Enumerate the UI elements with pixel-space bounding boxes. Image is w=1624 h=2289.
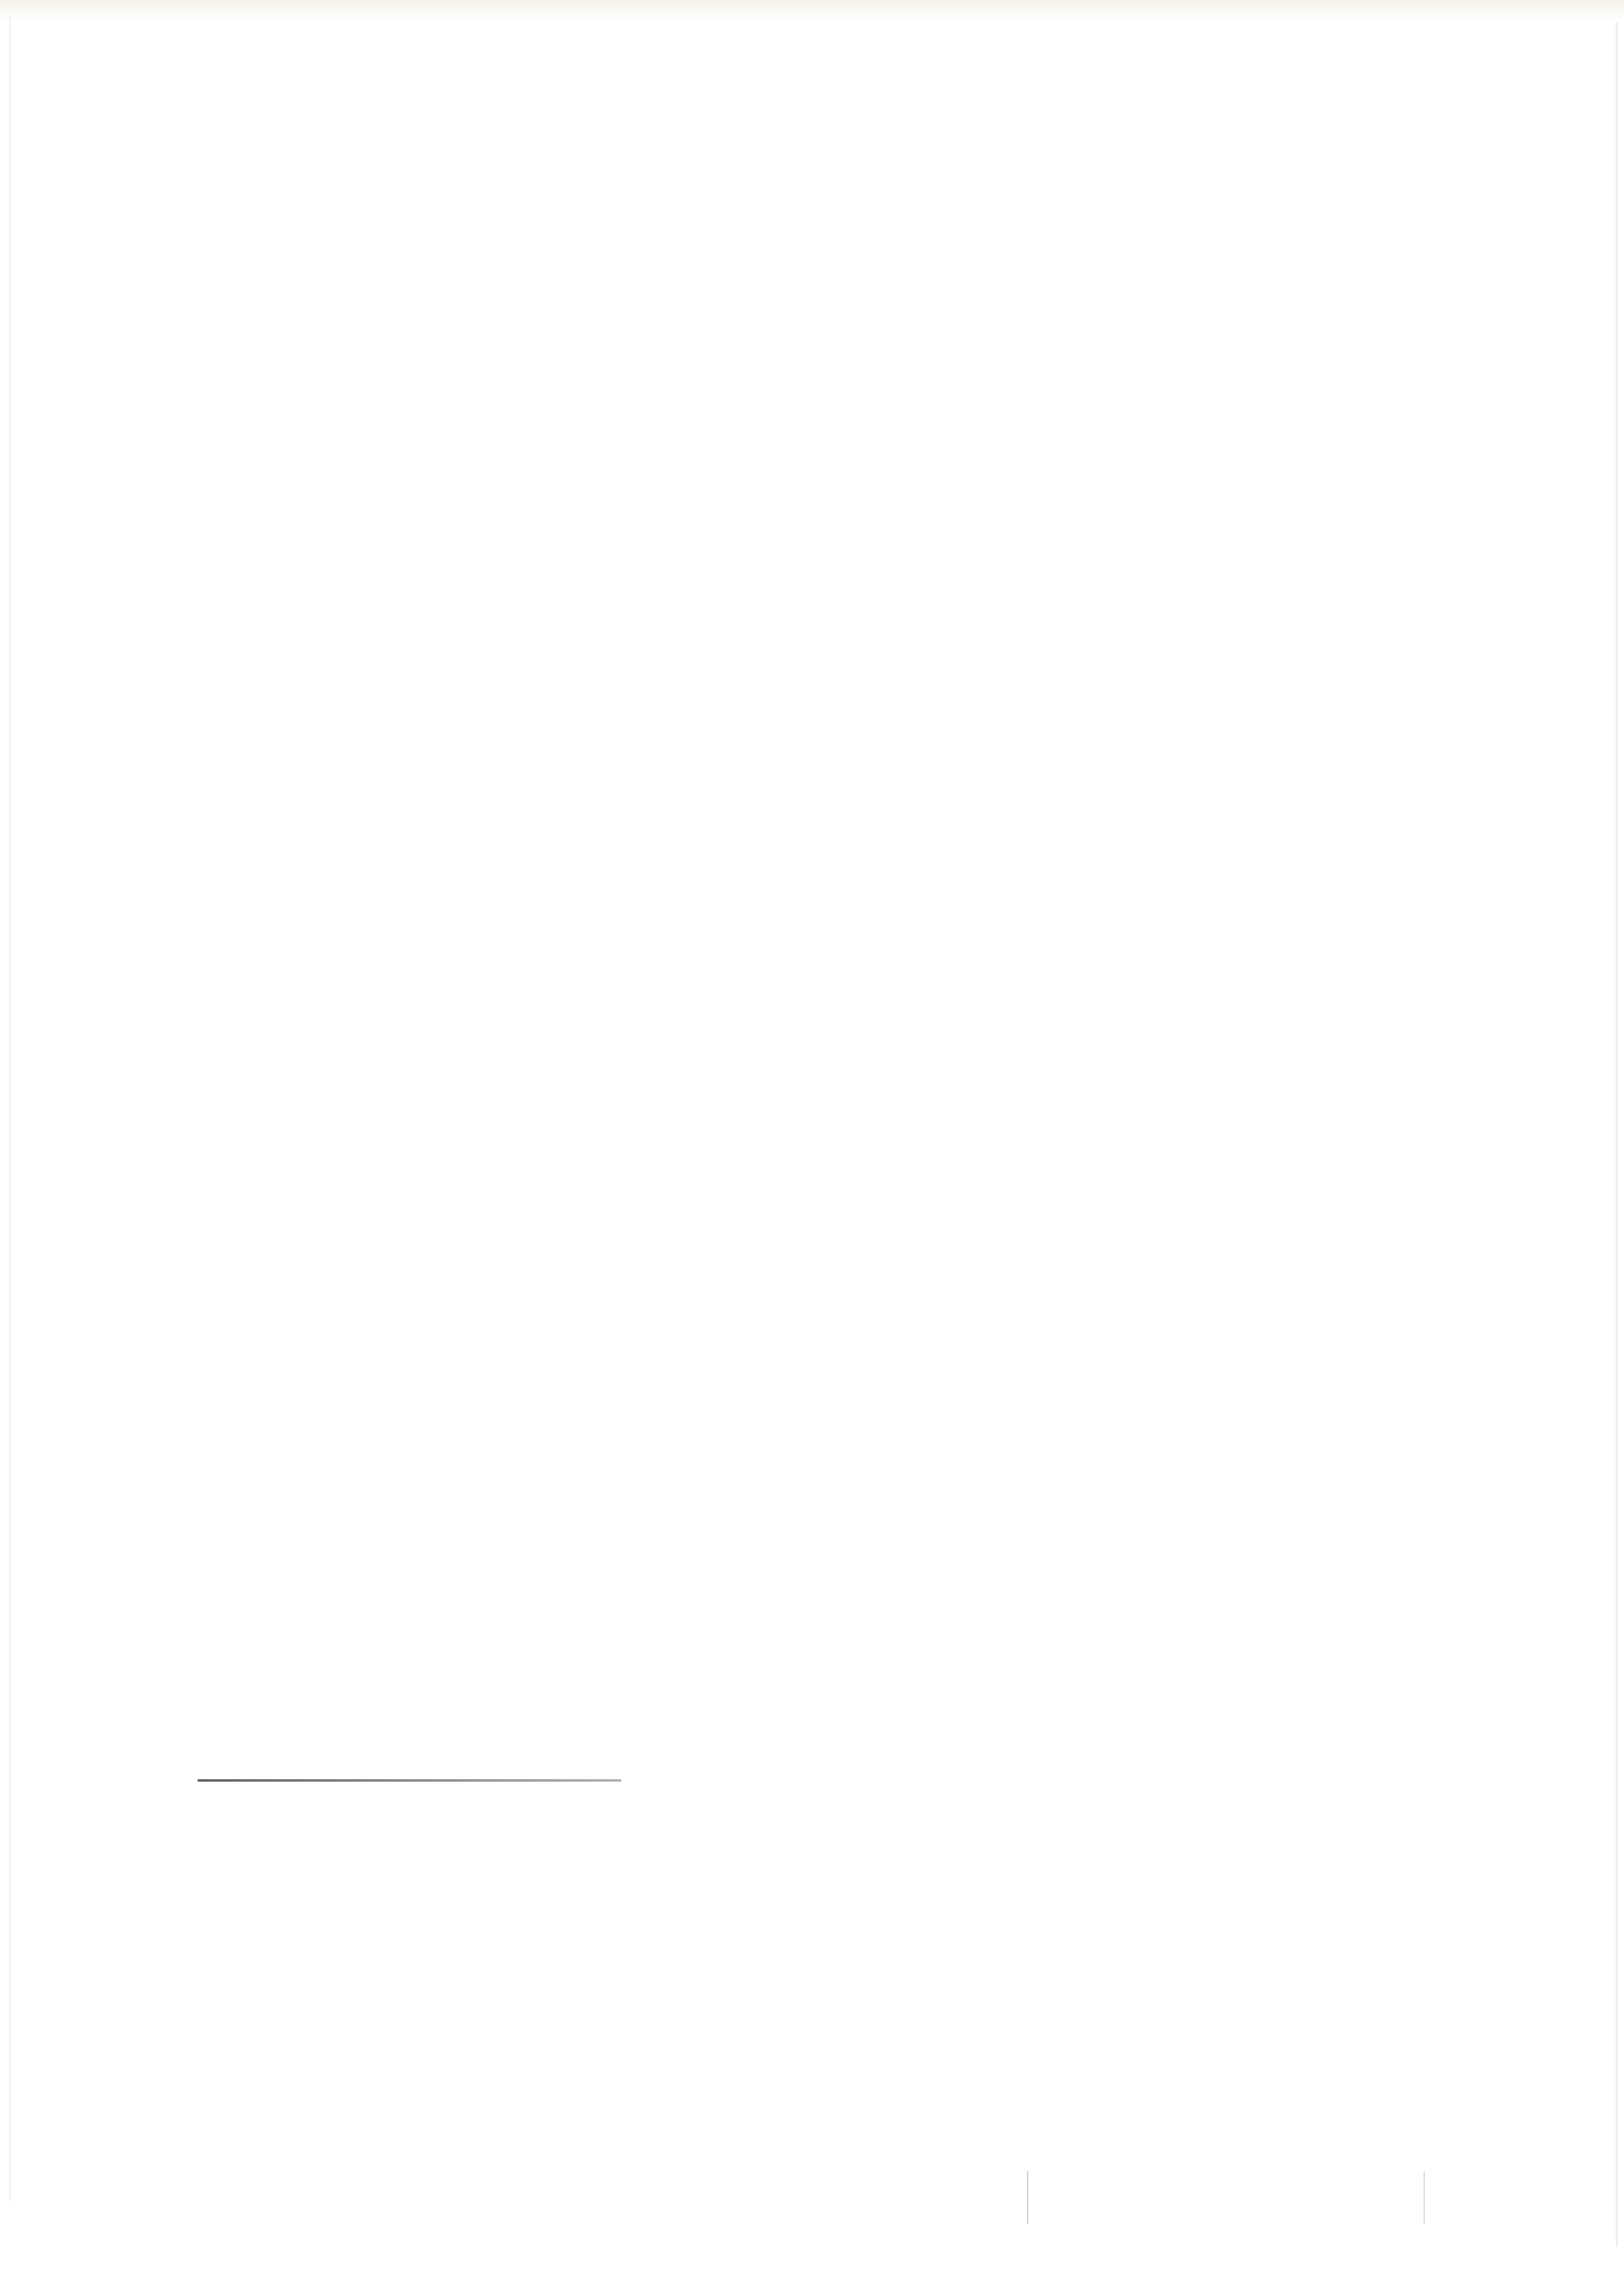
scan-top-artifact <box>0 0 1624 21</box>
page-footer <box>0 2171 1624 2224</box>
scan-right-edge <box>1616 23 1618 2247</box>
footer-divider <box>1027 2171 1028 2224</box>
footer-divider <box>1423 2171 1425 2224</box>
footnote-divider <box>198 1779 621 1782</box>
scan-left-edge <box>9 15 11 2202</box>
